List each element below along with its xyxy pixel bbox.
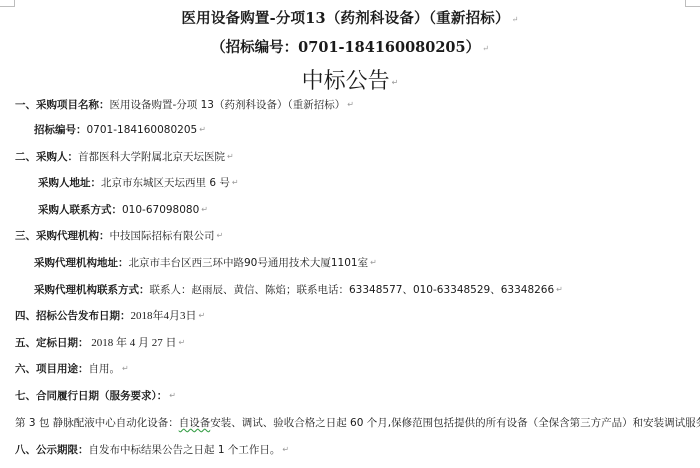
bid-number-subtitle: （招标编号：0701-184160080205）↵ bbox=[0, 36, 700, 57]
section-purchaser-contact: 采购人联系方式：010-67098080↵ bbox=[38, 203, 208, 217]
field-value: 联系人：赵雨辰、黄信、陈焰；联系电话：63348577、010-63348529… bbox=[150, 284, 555, 296]
section-agency: 三、采购代理机构：中技国际招标有限公司↵ bbox=[15, 229, 223, 243]
announcement-heading-text: 中标公告 bbox=[302, 69, 390, 94]
document-title: 医用设备购置-分项13（药剂科设备）（重新招标）↵ bbox=[0, 7, 700, 28]
field-label: 六、项目用途： bbox=[15, 363, 89, 375]
field-label: 八、公示期限： bbox=[15, 444, 89, 456]
field-value: 首都医科大学附属北京天坛医院 bbox=[78, 151, 225, 163]
field-value: 自用。 bbox=[89, 363, 121, 375]
paragraph-mark-icon: ↵ bbox=[227, 152, 234, 161]
document-title-text: 医用设备购置-分项13（药剂科设备）（重新招标） bbox=[181, 10, 509, 27]
field-value: 2018年4月3日 bbox=[131, 310, 197, 322]
package-prefix: 第 3 包 静脉配液中心自动化设备： bbox=[15, 417, 179, 429]
section-project-name: 一、采购项目名称：医用设备购置-分项 13（药剂科设备）（重新招标）↵ bbox=[15, 98, 354, 112]
field-value: 医用设备购置-分项 13（药剂科设备）（重新招标） bbox=[110, 99, 346, 111]
section-purpose: 六、项目用途：自用。↵ bbox=[15, 362, 129, 376]
section-purchaser: 二、采购人：首都医科大学附属北京天坛医院↵ bbox=[15, 150, 234, 164]
paragraph-mark-icon: ↵ bbox=[217, 231, 224, 240]
field-label: 采购代理机构地址： bbox=[34, 257, 129, 269]
section-agency-address: 采购代理机构地址：北京市丰台区西三环中路90号通用技术大厦1101室↵ bbox=[34, 256, 377, 270]
paragraph-mark-icon: ↵ bbox=[199, 125, 206, 134]
field-label: 五、定标日期： bbox=[15, 337, 89, 349]
bid-number-subtitle-text: （招标编号：0701-184160080205） bbox=[211, 39, 480, 56]
section-award-date: 五、定标日期： 2018 年 4 月 27 日↵ bbox=[15, 336, 185, 350]
field-label: 采购代理机构联系方式： bbox=[34, 284, 150, 296]
field-value: 中技国际招标有限公司 bbox=[110, 230, 215, 242]
field-value: 010-67098080 bbox=[122, 204, 199, 216]
section-announce-date: 四、招标公告发布日期：2018年4月3日↵ bbox=[15, 309, 205, 323]
field-value: 0701-184160080205 bbox=[87, 124, 198, 136]
paragraph-mark-icon: ↵ bbox=[556, 285, 563, 294]
field-label: 招标编号： bbox=[34, 124, 87, 136]
paragraph-mark-icon: ↵ bbox=[282, 445, 289, 454]
section-agency-contact: 采购代理机构联系方式：联系人：赵雨辰、黄信、陈焰；联系电话：63348577、0… bbox=[34, 283, 563, 297]
section-purchaser-address: 采购人地址：北京市东城区天坛西里 6 号↵ bbox=[38, 176, 239, 190]
package-description: 安装、调试、验收合格之日起 60 个月,保修范围包括提供的所有设备（全保含第三方… bbox=[210, 417, 700, 429]
page-corner-mark-top-left bbox=[0, 0, 15, 7]
paragraph-mark-icon: ↵ bbox=[169, 391, 176, 400]
paragraph-mark-icon: ↵ bbox=[512, 15, 519, 24]
page-corner-mark-top-right bbox=[685, 0, 700, 7]
section-contract-period: 七、合同履行日期（服务要求）：↵ bbox=[15, 389, 176, 403]
section-notice-period: 八、公示期限：自发布中标结果公告之日起 1 个工作日。↵ bbox=[15, 443, 289, 457]
paragraph-mark-icon: ↵ bbox=[199, 311, 206, 320]
field-label: 三、采购代理机构： bbox=[15, 230, 110, 242]
paragraph-mark-icon: ↵ bbox=[347, 100, 354, 109]
field-label: 七、合同履行日期（服务要求）： bbox=[15, 390, 167, 402]
paragraph-mark-icon: ↵ bbox=[179, 338, 186, 347]
section-bid-number: 招标编号：0701-184160080205↵ bbox=[34, 123, 206, 137]
paragraph-mark-icon: ↵ bbox=[232, 178, 239, 187]
field-label: 采购人地址： bbox=[38, 177, 101, 189]
announcement-heading: 中标公告↵ bbox=[0, 64, 700, 95]
grammar-check-underlined-text[interactable]: 自设备 bbox=[179, 417, 211, 429]
paragraph-mark-icon: ↵ bbox=[201, 205, 208, 214]
paragraph-mark-icon: ↵ bbox=[122, 364, 129, 373]
section-package-3: 第 3 包 静脉配液中心自动化设备：自设备安装、调试、验收合格之日起 60 个月… bbox=[15, 416, 700, 430]
field-value: 北京市东城区天坛西里 6 号 bbox=[101, 177, 230, 189]
paragraph-mark-icon: ↵ bbox=[392, 78, 399, 87]
field-label: 一、采购项目名称： bbox=[15, 99, 110, 111]
field-label: 二、采购人： bbox=[15, 151, 78, 163]
paragraph-mark-icon: ↵ bbox=[370, 258, 377, 267]
field-label: 四、招标公告发布日期： bbox=[15, 310, 131, 322]
field-value: 自发布中标结果公告之日起 1 个工作日。 bbox=[89, 444, 281, 456]
paragraph-mark-icon: ↵ bbox=[482, 44, 489, 53]
field-value: 2018 年 4 月 27 日 bbox=[89, 337, 177, 349]
field-label: 采购人联系方式： bbox=[38, 204, 122, 216]
field-value: 北京市丰台区西三环中路90号通用技术大厦1101室 bbox=[129, 257, 369, 269]
